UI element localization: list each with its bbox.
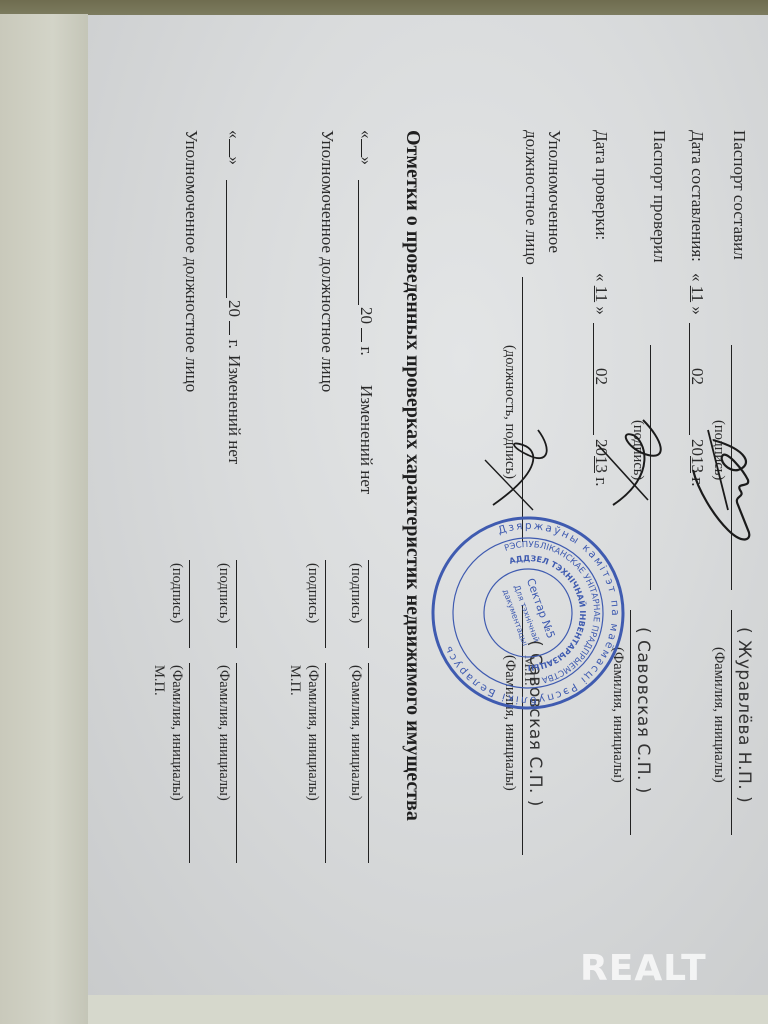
signature-compiler (678, 410, 768, 550)
entry2-status: Изменений нет (226, 355, 243, 464)
checked-by-label: Паспорт проверил (651, 130, 668, 263)
entry1-signature-line (368, 560, 369, 648)
entry1-official-signature-line (325, 560, 326, 648)
passport-page-rotated: Паспорт составил (подпись) ( Журавлёва Н… (88, 15, 768, 995)
entry1-date-open: «» (358, 130, 375, 165)
compiled-date-day: « 11 » (689, 273, 706, 315)
entry2-official-signature-line (189, 560, 190, 648)
entry1-official-signature-caption: (подпись) (306, 563, 321, 623)
compiled-name: ( Журавлёва Н.П. ) (735, 627, 752, 803)
realt-watermark: REALT (580, 948, 707, 989)
entry2-year: 20 г. (226, 300, 243, 349)
entry2-official-name-caption: (Фамилия, инициалы) (170, 665, 185, 801)
entry2-official-name-line (189, 663, 190, 863)
check-date-month: 02 (593, 368, 610, 385)
compiled-name-line (731, 610, 732, 835)
entry2-official-signature-caption: (подпись) (170, 563, 185, 623)
entry2-seal-place: М.П. (152, 665, 167, 696)
official-label-line1: Уполномоченное (546, 130, 563, 253)
compiled-name-caption: (Фамилия, инициалы) (712, 647, 727, 783)
entry1-name-caption: (Фамилия, инициалы) (349, 665, 364, 801)
official-label-line2: должностное лицо (523, 130, 540, 265)
section-heading: Отметки о проведенных проверках характер… (403, 130, 423, 821)
entry1-year: 20 г. (358, 307, 375, 356)
check-date-label: Дата проверки: (593, 130, 610, 240)
entry1-signature-caption: (подпись) (349, 563, 364, 623)
document-paper: Паспорт составил (подпись) ( Журавлёва Н… (88, 15, 768, 995)
entry1-official-name-caption: (Фамилия, инициалы) (306, 665, 321, 801)
compiled-date-month: 02 (689, 368, 706, 385)
entry1-status: Изменений нет (358, 385, 375, 494)
signature-checker (593, 405, 673, 525)
entry2-month-line (226, 180, 227, 298)
background-surface-bottom (88, 995, 768, 1024)
entry1-seal-place: М.П. (288, 665, 303, 696)
entry1-official-name-line (325, 663, 326, 863)
background-surface (0, 14, 88, 1024)
entry2-name-caption: (Фамилия, инициалы) (217, 665, 232, 801)
entry1-official-label: Уполномоченное должностное лицо (319, 130, 336, 392)
compiled-date-label: Дата составления: (689, 130, 706, 262)
entry2-official-label: Уполномоченное должностное лицо (183, 130, 200, 392)
entry2-signature-caption: (подпись) (217, 563, 232, 623)
compiled-by-label: Паспорт составил (731, 130, 748, 260)
entry2-signature-line (236, 560, 237, 648)
check-date-day: « 11 » (593, 273, 610, 315)
entry1-name-line (368, 663, 369, 863)
entry1-month-line (358, 180, 359, 305)
entry2-name-line (236, 663, 237, 863)
entry2-date-open: «» (226, 130, 243, 165)
